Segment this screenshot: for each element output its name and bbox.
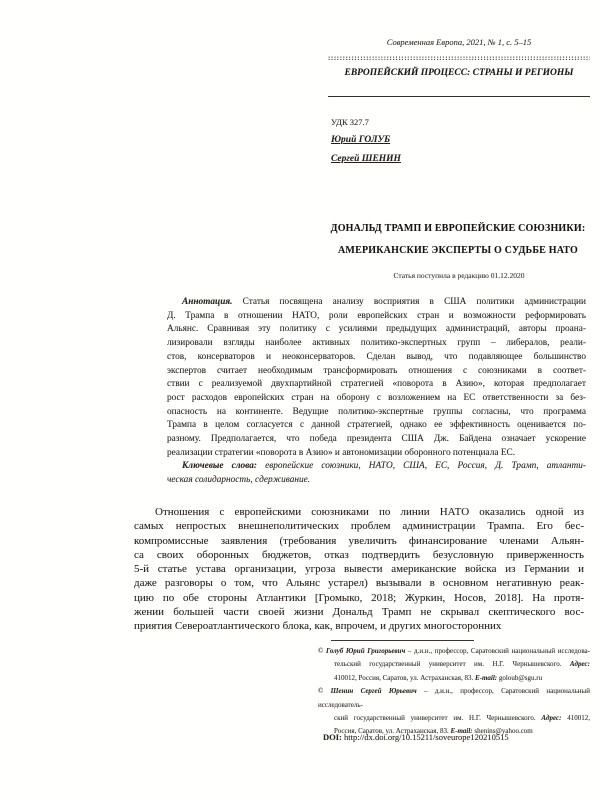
text-line: © Голуб Юрий Григорьевич – д.и.н., профе… (318, 645, 590, 658)
screenshot-root: { "header": { "journal_line": "Современн… (0, 0, 600, 800)
doi-line: DOI: http://dx.doi.org/10.15211/soveurop… (323, 732, 509, 742)
text-line: ческая солидарность, сдерживание. (167, 474, 586, 488)
text-line: © Шенин Сергей Юрьевич – д.и.н., професс… (318, 685, 590, 712)
journal-citation: Современная Европа, 2021, № 1, с. 5–15 (330, 37, 588, 47)
udc-code: УДК 327.7 (331, 117, 369, 127)
text-line: ствии с реализуемой двухпартийной страте… (167, 378, 586, 392)
abstract-block: Аннотация. Статья посвящена анализу восп… (167, 296, 586, 488)
text-line: Трампа в целом согласуется с данной стра… (167, 419, 586, 433)
text-line: цию по обе стороны Атлантики [Громыко, 2… (134, 591, 584, 605)
header-rule (328, 96, 590, 97)
text-line: Д. Трампа в отношении НАТО, роли европей… (167, 310, 586, 324)
text-line: са своих оборонных бюджетов, отказ подтв… (134, 548, 584, 562)
document-page: Современная Европа, 2021, № 1, с. 5–15 :… (0, 0, 600, 800)
text-line: даже разговоры о том, что Альянс устарел… (134, 576, 584, 590)
text-line: рост расходов европейских стран на оборо… (167, 392, 586, 406)
article-title: ДОНАЛЬД ТРАМП И ЕВРОПЕЙСКИЕ СОЮЗНИКИ: АМ… (325, 218, 591, 261)
received-date: Статья поступила в редакцию 01.12.2020 (328, 271, 590, 280)
section-heading: ЕВРОПЕЙСКИЙ ПРОЦЕСС: СТРАНЫ И РЕГИОНЫ (328, 68, 590, 78)
text-line: 410012, Россия, Саратов, ул. Астраханска… (334, 672, 590, 685)
author-name-2: Сергей ШЕНИН (331, 154, 401, 164)
text-line: DOI: http://dx.doi.org/10.15211/soveurop… (323, 732, 509, 742)
text-line: жении большей части своей жизни Дональд … (134, 605, 584, 619)
text-line: Альянс. Сравнивая эту политику с усилиям… (167, 323, 586, 337)
text-line: лизировали взгляды наиболее активных пол… (167, 337, 586, 351)
text-line: Аннотация. Статья посвящена анализу восп… (167, 296, 586, 310)
text-line: 5-й статье устава организации, угроза вы… (134, 562, 584, 576)
text-line: разному. Предполагается, что победа през… (167, 433, 586, 447)
article-title-line-1: ДОНАЛЬД ТРАМП И ЕВРОПЕЙСКИЕ СОЮЗНИКИ: (325, 218, 591, 240)
text-line: самых непростых внешнеполитических пробл… (134, 519, 584, 533)
text-line: реализации стратегии «поворота в Азию» и… (167, 447, 586, 461)
footnotes-block: © Голуб Юрий Григорьевич – д.и.н., профе… (318, 645, 590, 739)
text-line: ский государственный университет им. Н.Г… (334, 712, 590, 725)
text-line: стов, консерваторов и неоконсерваторов. … (167, 351, 586, 365)
text-line: Ключевые слова: европейские союзники, НА… (167, 460, 586, 474)
footnote-separator (331, 640, 474, 641)
article-title-line-2: АМЕРИКАНСКИЕ ЭКСПЕРТЫ О СУДЬБЕ НАТО (325, 240, 591, 262)
text-line: тельский государственный университет им.… (334, 658, 590, 671)
text-line: Отношения с европейскими союзниками по л… (134, 505, 584, 519)
body-text-block: Отношения с европейскими союзниками по л… (134, 505, 584, 634)
text-line: приятия Североатлантического блока, как,… (134, 619, 584, 633)
dotted-rule: ::::::::::::::::::::::::::::::::::::::::… (328, 54, 590, 62)
text-line: опасность на континенте. Ведущие политик… (167, 406, 586, 420)
text-line: экспертов считает необходимым трансформи… (167, 365, 586, 379)
text-line: компромиссные заявления (требования увел… (134, 534, 584, 548)
author-name-1: Юрий ГОЛУБ (331, 135, 390, 145)
